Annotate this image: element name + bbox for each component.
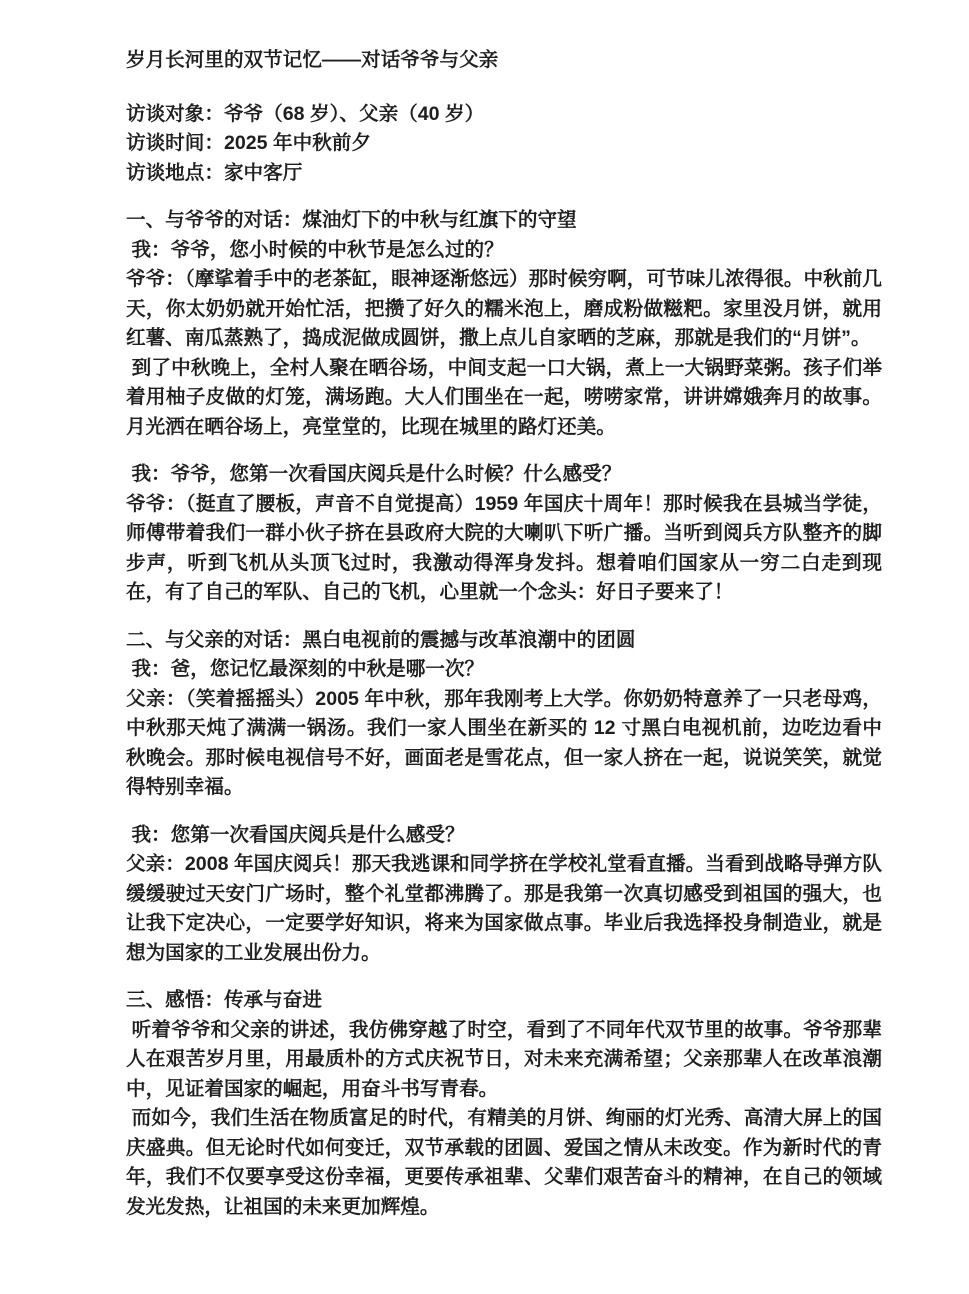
section-1: 一、与爷爷的对话：煤油灯下的中秋与红旗下的守望 我：爷爷，您小时候的中秋节是怎么… [126,206,882,608]
answer-paragraph: 父亲：（笑着摇摇头）2005 年中秋，那年我刚考上大学。你奶奶特意养了一只老母鸡… [126,685,882,803]
answer-paragraph: 爷爷：（挺直了腰板，声音不自觉提高）1959 年国庆十周年！那时候我在县城当学徒… [126,490,882,608]
document-body: 一、与爷爷的对话：煤油灯下的中秋与红旗下的守望 我：爷爷，您小时候的中秋节是怎么… [126,206,882,1222]
answer-paragraph: 而如今，我们生活在物质富足的时代，有精美的月饼、绚丽的灯光秀、高清大屏上的国庆盛… [126,1104,882,1222]
answer-paragraph: 听着爷爷和父亲的讲述，我仿佛穿越了时空，看到了不同年代双节里的故事。爷爷那辈人在… [126,1016,882,1105]
answer-paragraph: 到了中秋晚上，全村人聚在晒谷场，中间支起一口大锅，煮上一大锅野菜粥。孩子们举着用… [126,354,882,443]
meta-line: 访谈时间：2025 年中秋前夕 [126,129,882,159]
document-page: 岁月长河里的双节记忆——对话爷爷与父亲 访谈对象：爷爷（68 岁）、父亲（40 … [0,0,969,1294]
answer-paragraph: 父亲：2008 年国庆阅兵！那天我逃课和同学挤在学校礼堂看直播。当看到战略导弹方… [126,850,882,968]
section-heading: 一、与爷爷的对话：煤油灯下的中秋与红旗下的守望 [126,206,882,236]
blank-line [126,442,882,460]
document-title: 岁月长河里的双节记忆——对话爷爷与父亲 [126,46,882,76]
question-line: 我：爷爷，您第一次看国庆阅兵是什么时候？什么感受？ [126,460,882,490]
question-line: 我：爷爷，您小时候的中秋节是怎么过的？ [126,236,882,266]
section-2: 二、与父亲的对话：黑白电视前的震撼与改革浪潮中的团圆 我：爸，您记忆最深刻的中秋… [126,626,882,969]
question-line: 我：爸，您记忆最深刻的中秋是哪一次？ [126,655,882,685]
section-heading: 三、感悟：传承与奋进 [126,986,882,1016]
section-3: 三、感悟：传承与奋进 听着爷爷和父亲的讲述，我仿佛穿越了时空，看到了不同年代双节… [126,986,882,1222]
blank-line [126,803,882,821]
meta-line: 访谈对象：爷爷（68 岁）、父亲（40 岁） [126,100,882,130]
section-heading: 二、与父亲的对话：黑白电视前的震撼与改革浪潮中的团圆 [126,626,882,656]
answer-paragraph: 爷爷：（摩挲着手中的老茶缸，眼神逐渐悠远）那时候穷啊，可节味儿浓得很。中秋前几天… [126,265,882,354]
meta-line: 访谈地点：家中客厅 [126,159,882,189]
interview-meta-block: 访谈对象：爷爷（68 岁）、父亲（40 岁）访谈时间：2025 年中秋前夕访谈地… [126,100,882,189]
question-line: 我：您第一次看国庆阅兵是什么感受？ [126,821,882,851]
